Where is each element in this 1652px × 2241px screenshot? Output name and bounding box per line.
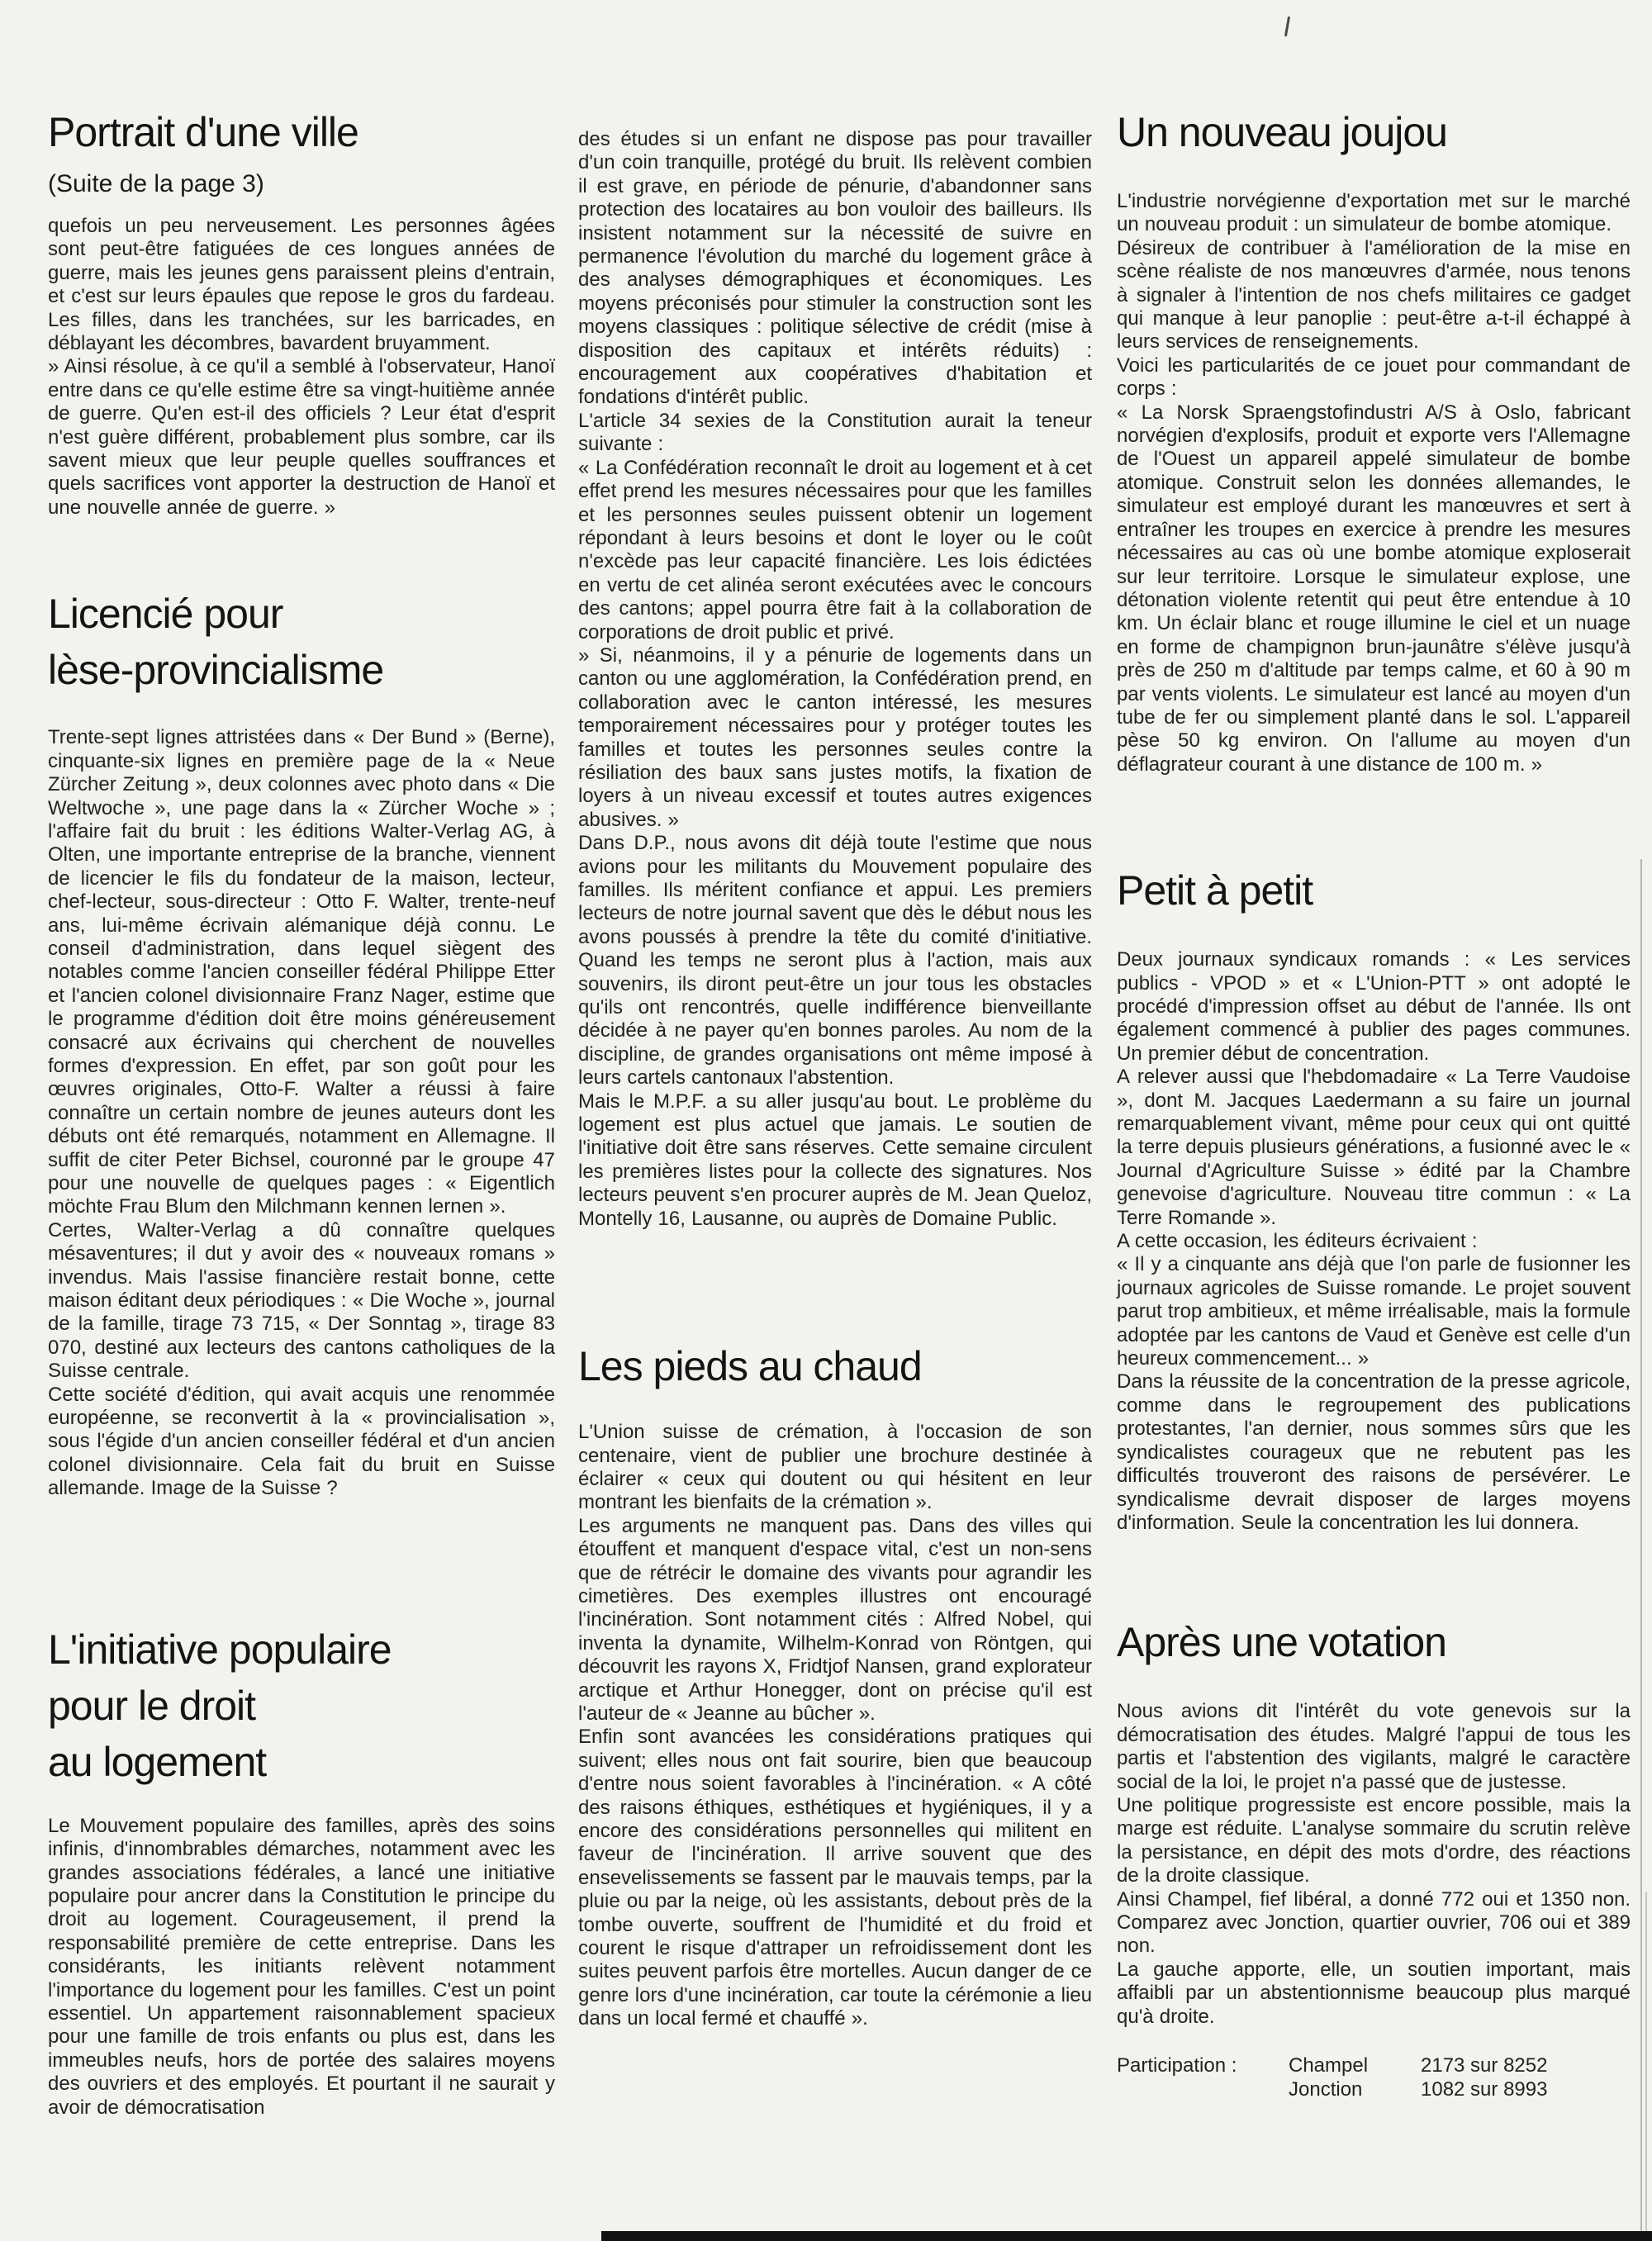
title-line: au logement <box>48 1734 555 1790</box>
page-edge-line <box>1640 859 1642 2241</box>
paragraph: Deux journaux syndicaux romands : « Les … <box>1117 948 1631 1066</box>
paragraph: des études si un enfant ne dispose pas p… <box>578 128 1092 410</box>
article-title-licencie: Licencié pour lèse-provincialisme <box>48 586 555 698</box>
paragraph: « La Norsk Spraengstofindustri A/S à Osl… <box>1117 401 1631 777</box>
paragraph: Voici les particularités de ce jouet pou… <box>1117 354 1631 401</box>
paragraph: La gauche apporte, elle, un soutien impo… <box>1117 1959 1631 2029</box>
column-middle: des études si un enfant ne dispose pas p… <box>578 0 1092 2031</box>
participation-label-spacer <box>1117 2077 1289 2101</box>
newspaper-page: Portrait d'une ville (Suite de la page 3… <box>0 0 1652 2241</box>
paragraph: Mais le M.P.F. a su aller jusqu'au bout.… <box>578 1090 1092 1231</box>
paragraph: Enfin sont avancées les considérations p… <box>578 1726 1092 2030</box>
paragraph: Les arguments ne manquent pas. Dans des … <box>578 1515 1092 1726</box>
participation-place: Jonction <box>1289 2077 1421 2101</box>
article-subtitle-portrait: (Suite de la page 3) <box>48 169 555 200</box>
paragraph: L'Union suisse de crémation, à l'occasio… <box>578 1421 1092 1515</box>
title-line: pour le droit <box>48 1678 555 1734</box>
participation-label: Participation : <box>1117 2053 1289 2077</box>
column-right: Un nouveau joujou L'industrie norvégienn… <box>1117 0 1631 2101</box>
participation-value: 1082 sur 8993 <box>1421 2077 1631 2101</box>
paragraph: Ainsi Champel, fief libéral, a donné 772… <box>1117 1888 1631 1959</box>
article-title-petit-a-petit: Petit à petit <box>1117 862 1631 919</box>
paragraph: Certes, Walter-Verlag a dû connaître que… <box>48 1219 555 1384</box>
article-title-les-pieds-au-chaud: Les pieds au chaud <box>578 1338 1092 1394</box>
paragraph: Dans D.P., nous avons dit déjà toute l'e… <box>578 832 1092 1090</box>
paragraph: » Ainsi résolue, à ce qu'il a semblé à l… <box>48 355 555 520</box>
title-line: Licencié pour <box>48 586 555 642</box>
paragraph: Trente-sept lignes attristées dans « Der… <box>48 726 555 1219</box>
paragraph: Cette société d'édition, qui avait acqui… <box>48 1384 555 1501</box>
article-title-portrait-dune-ville: Portrait d'une ville <box>48 104 555 160</box>
paragraph: Dans la réussite de la concentration de … <box>1117 1370 1631 1535</box>
paragraph: Nous avions dit l'intérêt du vote genevo… <box>1117 1700 1631 1794</box>
paragraph: A cette occasion, les éditeurs écrivaien… <box>1117 1230 1631 1253</box>
participation-value: 2173 sur 8252 <box>1421 2053 1631 2077</box>
participation-place: Champel <box>1289 2053 1421 2077</box>
participation-results: Participation : Champel 2173 sur 8252 Jo… <box>1117 2053 1631 2101</box>
page-edge-line-inner <box>1645 1892 1647 2241</box>
article-title-initiative: L'initiative populaire pour le droit au … <box>48 1621 555 1790</box>
paragraph: « La Confédération reconnaît le droit au… <box>578 457 1092 644</box>
article-title-un-nouveau-joujou: Un nouveau joujou <box>1117 104 1631 160</box>
column-left: Portrait d'une ville (Suite de la page 3… <box>48 0 555 2120</box>
paragraph: Le Mouvement populaire des familles, apr… <box>48 1815 555 2120</box>
paragraph: L'industrie norvégienne d'exportation me… <box>1117 190 1631 237</box>
paragraph: A relever aussi que l'hebdomadaire « La … <box>1117 1066 1631 1230</box>
paragraph: Une politique progressiste est encore po… <box>1117 1794 1631 1888</box>
title-line: lèse-provincialisme <box>48 642 555 698</box>
title-line: L'initiative populaire <box>48 1621 555 1678</box>
paragraph: Désireux de contribuer à l'amélioration … <box>1117 237 1631 354</box>
article-title-apres-une-votation: Après une votation <box>1117 1614 1631 1670</box>
paragraph: L'article 34 sexies de la Constitution a… <box>578 410 1092 457</box>
bottom-edge-bar <box>601 2231 1652 2241</box>
paragraph: quefois un peu nerveusement. Les personn… <box>48 215 555 355</box>
paragraph: » Si, néanmoins, il y a pénurie de logem… <box>578 644 1092 832</box>
paragraph: « Il y a cinquante ans déjà que l'on par… <box>1117 1253 1631 1370</box>
